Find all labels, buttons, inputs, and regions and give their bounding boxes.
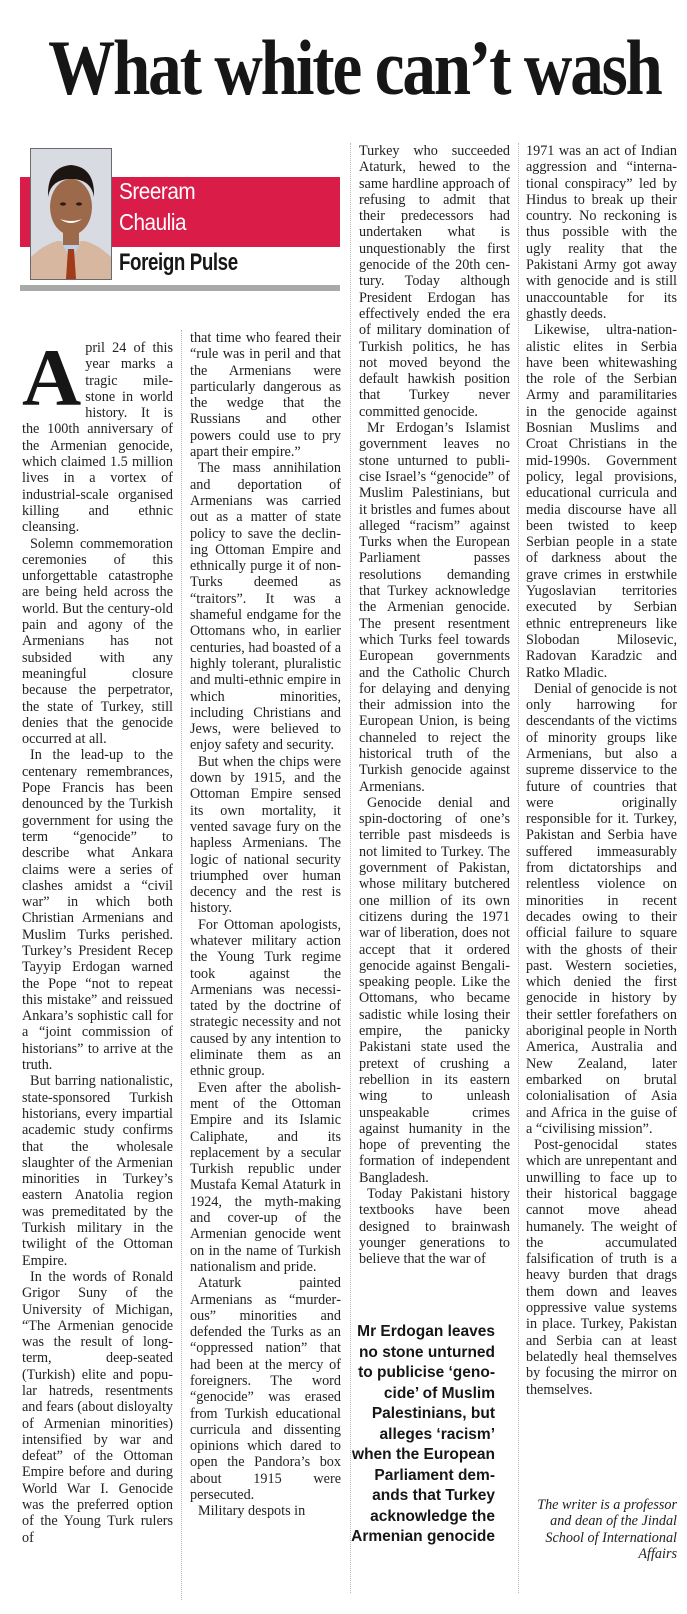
paragraph: But barring nationalis­tic, state-sponso… (22, 1073, 173, 1269)
paragraph: In the lead-up to the centenary remem­br… (22, 747, 173, 1073)
paragraph: But when the chips were down by 1915, an… (190, 754, 341, 917)
headline: What white can’t wash (48, 28, 639, 108)
paragraph: Likewise, ultra-nation­alistic elites in… (526, 322, 677, 681)
paragraph: Mr Erdogan’s Islamist government leaves … (359, 420, 510, 795)
paragraph: that time who feared their “rule was in … (190, 330, 341, 460)
column-divider (181, 330, 182, 1600)
paragraph: Today Pakistani histo­ry textbooks have … (359, 1186, 510, 1267)
writer-note: The writer is a professor and dean of th… (530, 1497, 677, 1562)
paragraph: Turkey who succeeded Ataturk, hewed to t… (359, 143, 510, 420)
paragraph: Ataturk painted Armenians as “murder­ous… (190, 1275, 341, 1503)
column-divider (518, 143, 519, 1593)
article-column-2: that time who feared their “rule was in … (190, 330, 341, 1520)
paragraph: The mass annihilation and deportation of… (190, 460, 341, 753)
paragraph: 1971 was an act of Indian aggression and… (526, 143, 677, 322)
article-column-1: April 24 of this year marks a tragic mil… (22, 340, 173, 1546)
drop-cap: A (22, 346, 81, 410)
paragraph: Solemn commemora­tion ceremonies of this… (22, 536, 173, 748)
byline: Sreeram Chaulia Foreign Pulse (20, 145, 340, 305)
paragraph: Denial of genocide is not only harrowing… (526, 681, 677, 1137)
author-name: Sreeram Chaulia (119, 176, 195, 238)
byline-rule (20, 285, 340, 291)
author-photo (30, 148, 112, 280)
paragraph: Genocide denial and spin-doctoring of on… (359, 795, 510, 1186)
column-name: Foreign Pulse (119, 249, 238, 277)
paragraph: Post-genocidal states which are unrepent… (526, 1137, 677, 1398)
article-column-4: 1971 was an act of Indian aggression and… (526, 143, 677, 1398)
author-last-name: Chaulia (119, 207, 195, 238)
paragraph: Even after the abolish­ment of the Ottom… (190, 1080, 341, 1276)
pull-quote: Mr Erdogan leaves no stone unturned to p… (345, 1322, 495, 1548)
article-column-3: Turkey who succeeded Ataturk, hewed to t… (359, 143, 510, 1267)
paragraph: Military despots in (190, 1503, 341, 1519)
author-first-name: Sreeram (119, 176, 195, 207)
paragraph: April 24 of this year marks a tragic mil… (22, 340, 173, 536)
author-portrait-icon (31, 149, 111, 279)
paragraph: In the words of Ronald Grigor Suny of th… (22, 1269, 173, 1546)
paragraph: For Ottoman apolo­gists, whatever milita… (190, 917, 341, 1080)
